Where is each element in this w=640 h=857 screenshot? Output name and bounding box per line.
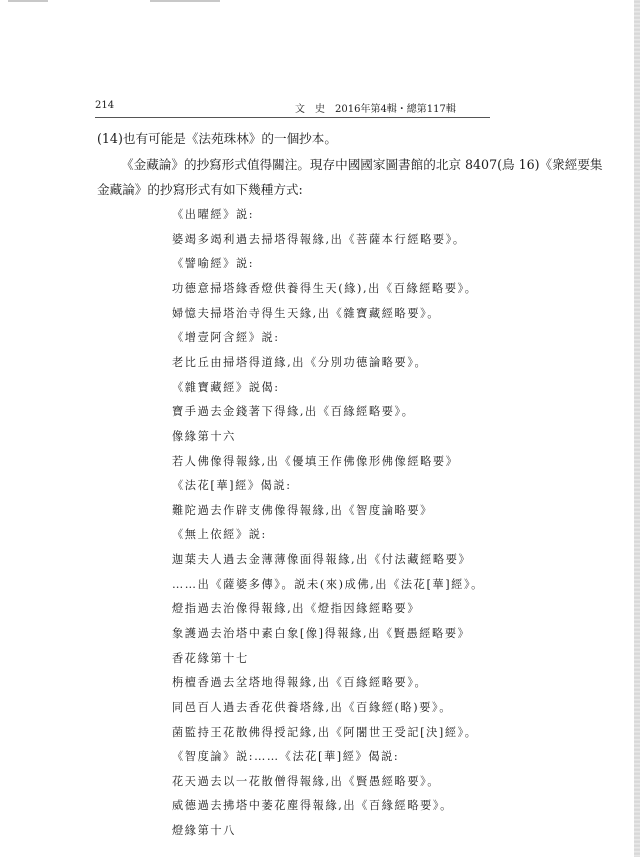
- excerpt-line: 《雜寶藏經》説偈:: [172, 380, 280, 396]
- paragraph-line: 《金藏論》的抄寫形式值得關注。現存中國國家圖書館的北京 8407(鳥 16)《衆…: [121, 157, 603, 173]
- excerpt-line: 寶手過去金錢著下得緣,出《百緣經略要》。: [172, 404, 415, 420]
- journal-title-char-2: 史: [315, 104, 325, 115]
- scan-artifact-top: [0, 0, 640, 8]
- excerpt-line: 《法花[華]經》偈説:: [172, 478, 292, 494]
- section-heading: 燈緣第十八: [172, 823, 236, 839]
- header-rule: [95, 117, 490, 118]
- excerpt-line: 難陀過去作辟支佛像得報緣,出《智度論略要》: [172, 503, 433, 519]
- excerpt-line: 菌監持王花散佛得授記緣,出《阿闍世王受記[決]經》。: [172, 725, 478, 741]
- excerpt-line: 花天過去以一花散僧得報緣,出《賢愚經略要》。: [172, 774, 440, 790]
- excerpt-line: 《無上依經》説:: [172, 527, 267, 543]
- excerpt-line: 婆竭多竭利過去掃塔得報緣,出《菩薩本行經略要》。: [172, 232, 466, 248]
- excerpt-line: 《增壹阿含經》説:: [172, 330, 280, 346]
- excerpt-line: 《出曜經》説:: [172, 207, 254, 223]
- journal-issue: 2016年第4輯・總第117輯: [335, 104, 456, 115]
- section-heading: 香花緣第十七: [172, 651, 249, 667]
- journal-title-char-1: 文: [295, 104, 305, 115]
- excerpt-line: ……出《薩婆多傳》。説未(來)成佛,出《法花[華]經》。: [172, 577, 484, 593]
- excerpt-line: 威德過去拂塔中萎花塵得報緣,出《百緣經略要》。: [172, 798, 453, 814]
- paragraph-line: 金藏論》的抄寫形式有如下幾種方式:: [97, 182, 303, 198]
- scan-artifact-right-edge: [634, 0, 640, 857]
- excerpt-line: 迦葉夫人過去金薄薄像面得報緣,出《付法藏經略要》: [172, 552, 471, 568]
- excerpt-line: 象護過去治塔中素白象[像]得報緣,出《賢愚經略要》: [172, 626, 470, 642]
- paragraph-line: (14)也有可能是《法苑珠林》的一個抄本。: [97, 131, 337, 147]
- section-heading: 像緣第十六: [172, 429, 236, 445]
- excerpt-line: 《智度論》説:……《法花[華]經》偈説:: [172, 749, 399, 765]
- excerpt-line: 老比丘由掃塔得道緣,出《分別功德論略要》。: [172, 355, 427, 371]
- excerpt-line: 功德意掃塔緣香燈供養得生天(緣),出《百緣經略要》。: [172, 281, 478, 297]
- journal-title: 文史2016年第4輯・總第117輯: [295, 100, 456, 115]
- excerpt-line: 栴檀香過去坌塔地得報緣,出《百緣經略要》。: [172, 675, 427, 691]
- excerpt-line: 若人佛像得報緣,出《優填王作佛像形佛像經略要》: [172, 454, 458, 470]
- page-number: 214: [95, 100, 114, 111]
- excerpt-line: 同邑百人過去香花供養塔緣,出《百緣經(略)要》。: [172, 700, 452, 716]
- excerpt-line: 《譬喻經》説:: [172, 256, 254, 272]
- excerpt-line: 婦憶夫掃塔治寺得生天緣,出《雜寶藏經略要》。: [172, 306, 440, 322]
- excerpt-line: 燈指過去治像得報緣,出《燈指因緣經略要》: [172, 601, 420, 617]
- running-header: 214 文史2016年第4輯・總第117輯: [95, 100, 490, 116]
